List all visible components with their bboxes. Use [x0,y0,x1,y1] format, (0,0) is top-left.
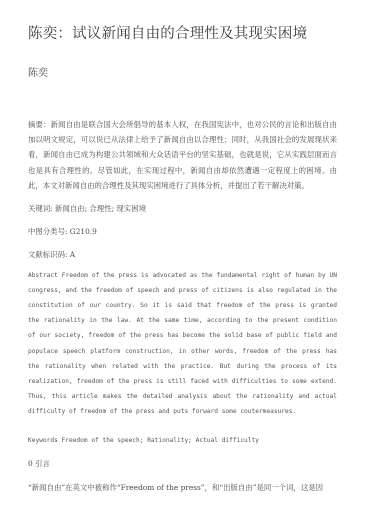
author-name: 陈奕 [28,68,337,80]
section-heading-introduction: 0 引言 [28,456,337,471]
paper-title: 陈奕：试议新闻自由的合理性及其现实困境 [28,0,337,43]
keywords-english: Keywords Freedom of the speech; Rational… [28,433,337,448]
document-page: 陈奕：试议新闻自由的合理性及其现实困境 陈奕 摘要：新闻自由是联合国大会所倡导的… [0,0,365,516]
introduction-first-line: “新闻自由”在英文中被称作“Freedom of the press”，和“出版… [28,480,337,495]
clc-number: 中图分类号: G210.9 [28,224,337,239]
keywords-chinese: 关键词: 新闻自由; 合理性; 现实困境 [28,201,337,216]
abstract-english: Abstract Freedom of the press is advocat… [28,268,337,420]
document-code: 文献标识码: A [28,247,337,262]
abstract-chinese: 摘要：新闻自由是联合国大会所倡导的基本人权，在我国宪法中，也对公民的言论和出版自… [28,117,337,193]
